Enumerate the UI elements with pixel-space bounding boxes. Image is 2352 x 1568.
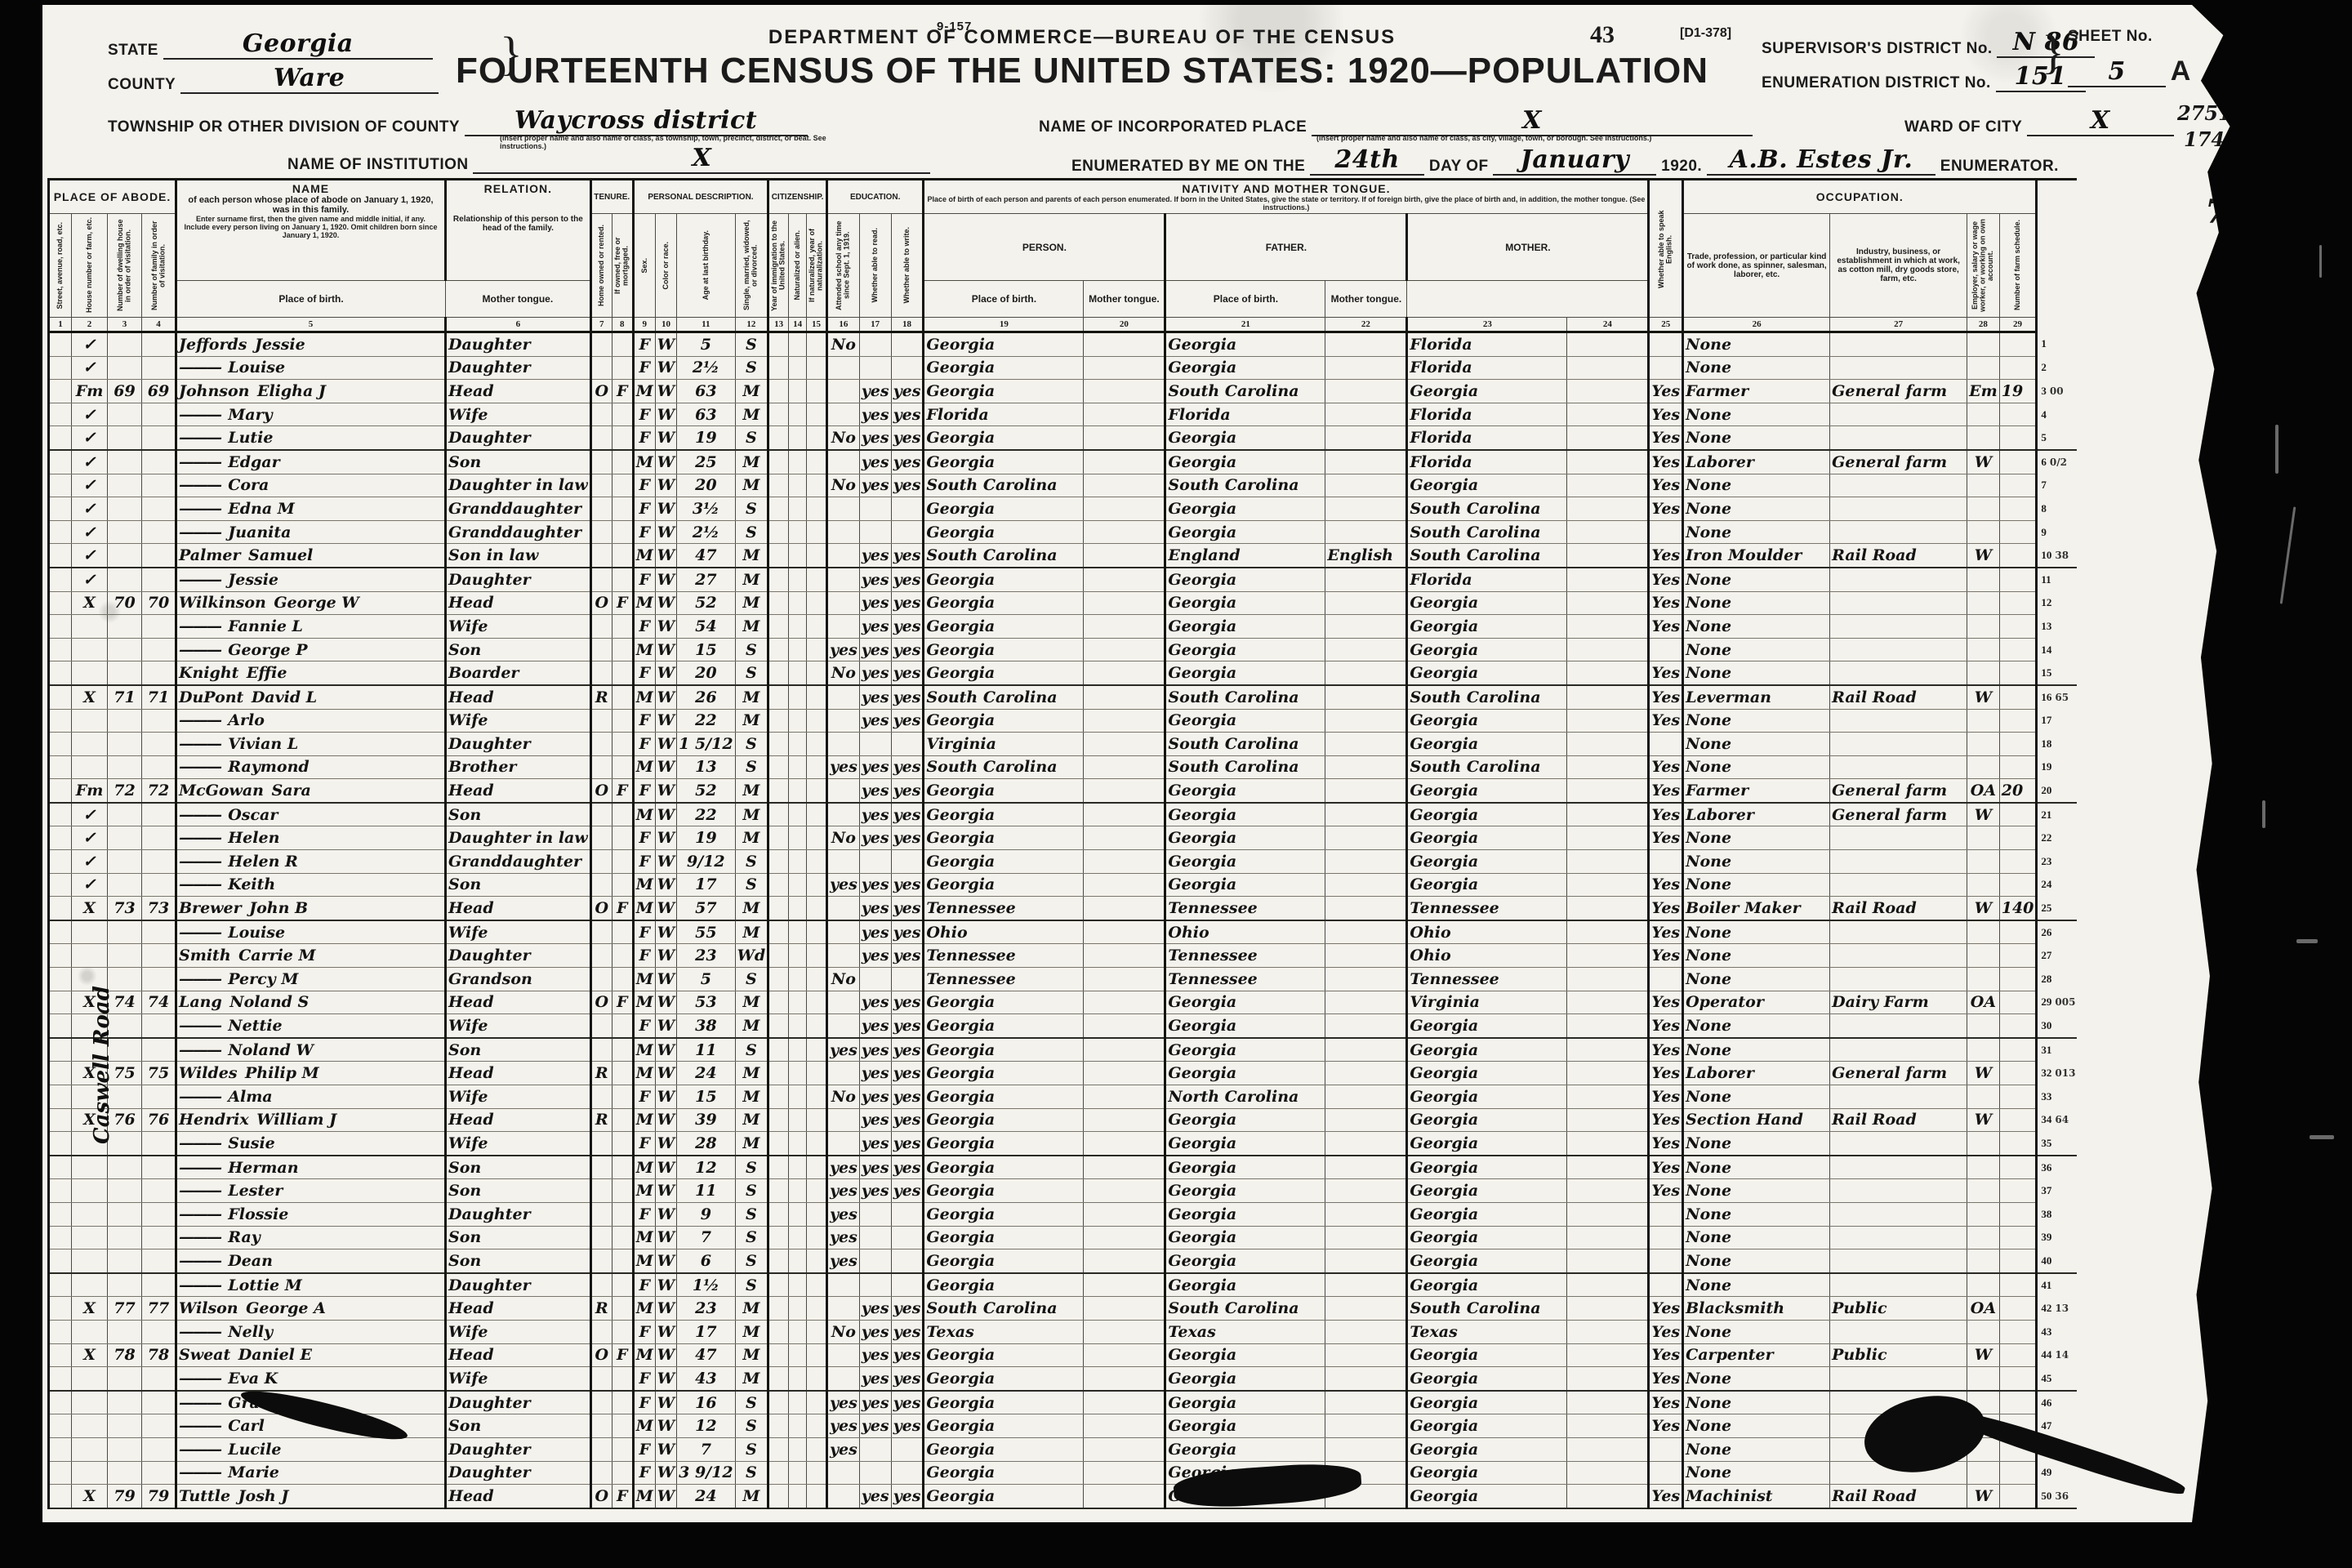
cell-family: 75	[142, 1062, 176, 1085]
cell-cit1	[768, 568, 789, 591]
cell-own: O	[590, 779, 612, 803]
cell-birth_father: Georgia	[1165, 497, 1325, 521]
cell-english: Yes	[1649, 1179, 1683, 1203]
cell-write: yes	[891, 1132, 924, 1156]
cell-farm	[1999, 1391, 2037, 1414]
cell-street	[49, 1461, 72, 1485]
cell-write: yes	[891, 591, 924, 615]
cell-mort: F	[612, 897, 633, 920]
cell-mark	[72, 615, 108, 639]
cell-industry	[1830, 474, 1967, 497]
cell-mort	[612, 1179, 633, 1203]
cell-mort	[612, 450, 633, 474]
cell-farm	[1999, 661, 2037, 685]
cell-birth_self: Georgia	[924, 1202, 1084, 1226]
cell-sex: M	[633, 1226, 655, 1249]
cell-farm	[1999, 1273, 2037, 1297]
cell-mort	[612, 1226, 633, 1249]
cell-cit1	[768, 661, 789, 685]
cell-cit1	[768, 1273, 789, 1297]
cell-english: Yes	[1649, 661, 1683, 685]
cell-name: ——— Keith	[176, 873, 446, 897]
cell-mark	[72, 1179, 108, 1203]
col-cit1: Year of immigration to the United States…	[768, 214, 789, 318]
cell-street	[49, 1085, 72, 1109]
cell-mort	[612, 544, 633, 568]
cell-industry	[1830, 826, 1967, 850]
cell-sex: F	[633, 520, 655, 544]
cell-cit2	[789, 1414, 807, 1438]
cell-emp	[1967, 826, 2000, 850]
cell-industry: General farm	[1830, 450, 1967, 474]
cell-english: Yes	[1649, 991, 1683, 1014]
line-number: 60/2	[2037, 450, 2078, 474]
cell-birth_father: Georgia	[1165, 709, 1325, 733]
cell-emp	[1967, 1461, 2000, 1485]
cell-mort	[612, 1414, 633, 1438]
cell-age: 2½	[677, 356, 735, 380]
cell-birth_self: Georgia	[924, 1485, 1084, 1508]
cell-marital: M	[735, 1014, 768, 1038]
cell-emp	[1967, 591, 2000, 615]
table-row: ——— MarieDaughterFW3 9/12SGeorgiaGeorgia…	[49, 1461, 2078, 1485]
cell-mort	[612, 1202, 633, 1226]
cell-occupation: None	[1683, 332, 1830, 357]
cell-tongue_self	[1084, 779, 1165, 803]
cell-color: W	[655, 1437, 676, 1461]
cell-tongue_mother	[1567, 544, 1649, 568]
cell-school: yes	[826, 1038, 859, 1062]
cell-own: O	[590, 991, 612, 1014]
cell-tongue_mother	[1567, 1179, 1649, 1203]
cell-name: ——— Juanita	[176, 520, 446, 544]
cell-occupation: None	[1683, 615, 1830, 639]
cell-occupation: None	[1683, 1367, 1830, 1391]
enumerated-day: 24th	[1334, 145, 1399, 174]
cell-write: yes	[891, 1062, 924, 1085]
cell-cit1	[768, 615, 789, 639]
cell-emp	[1967, 1273, 2000, 1297]
institution-field: NAME OF INSTITUTION X	[287, 144, 930, 174]
cell-english: Yes	[1649, 568, 1683, 591]
cell-age: 20	[677, 474, 735, 497]
cell-occupation: None	[1683, 1249, 1830, 1273]
cell-english: Yes	[1649, 779, 1683, 803]
cell-english: Yes	[1649, 1367, 1683, 1391]
cell-occupation: None	[1683, 1391, 1830, 1414]
cell-industry	[1830, 920, 1967, 944]
cell-read	[859, 520, 891, 544]
cell-tongue_mother	[1567, 1437, 1649, 1461]
cell-tongue_self	[1084, 1156, 1165, 1179]
cell-street	[49, 897, 72, 920]
cell-english	[1649, 332, 1683, 357]
cell-cit1	[768, 1179, 789, 1203]
cell-own	[590, 850, 612, 874]
cell-mark	[72, 1461, 108, 1485]
cell-mort	[612, 520, 633, 544]
cell-color: W	[655, 1132, 676, 1156]
cell-marital: M	[735, 474, 768, 497]
cell-cit1	[768, 873, 789, 897]
cell-street	[49, 873, 72, 897]
cell-dwelling	[108, 709, 142, 733]
cell-read: yes	[859, 709, 891, 733]
cell-street	[49, 615, 72, 639]
cell-cit2	[789, 1249, 807, 1273]
cell-cit3	[807, 1485, 827, 1508]
cell-street	[49, 709, 72, 733]
cell-tongue_father	[1325, 826, 1407, 850]
cell-name: ——— Herman	[176, 1156, 446, 1179]
cell-relation: Head	[446, 1343, 591, 1367]
group-person: PERSON.	[924, 214, 1165, 281]
cell-cit3	[807, 1108, 827, 1132]
cell-tongue_mother	[1567, 638, 1649, 661]
col-industry: Industry, business, or establishment in …	[1830, 214, 1967, 318]
cell-tongue_father	[1325, 638, 1407, 661]
cell-family	[142, 615, 176, 639]
cell-cit1	[768, 1108, 789, 1132]
cell-street	[49, 991, 72, 1014]
cell-write	[891, 497, 924, 521]
cell-tongue_self	[1084, 755, 1165, 779]
cell-tongue_mother	[1567, 1132, 1649, 1156]
cell-mark: ✓	[72, 873, 108, 897]
cell-name: ——— Lutie	[176, 426, 446, 450]
cell-industry: Rail Road	[1830, 685, 1967, 709]
cell-occupation: Section Hand	[1683, 1108, 1830, 1132]
cell-school	[826, 1132, 859, 1156]
cell-street	[49, 968, 72, 991]
cell-school	[826, 356, 859, 380]
cell-cit2	[789, 685, 807, 709]
header: 9-157 DEPARTMENT OF COMMERCE—BUREAU OF T…	[42, 5, 2277, 178]
col-farm: Number of farm schedule.	[1999, 214, 2037, 318]
cell-cit2	[789, 1391, 807, 1414]
cell-own	[590, 709, 612, 733]
cell-cit2	[789, 1320, 807, 1343]
cell-cit1	[768, 450, 789, 474]
cell-cit3	[807, 1343, 827, 1367]
cell-mark	[72, 1414, 108, 1438]
line-number: 46	[2037, 1391, 2078, 1414]
cell-age: 22	[677, 803, 735, 826]
cell-dwelling	[108, 944, 142, 968]
cell-cit3	[807, 803, 827, 826]
incorporated-value: X	[1522, 106, 1542, 135]
cell-occupation: Carpenter	[1683, 1343, 1830, 1367]
cell-tongue_father	[1325, 450, 1407, 474]
cell-farm	[1999, 755, 2037, 779]
col-age: Age at last birthday.	[677, 214, 735, 318]
cell-age: 16	[677, 1391, 735, 1414]
cell-tongue_father	[1325, 1414, 1407, 1438]
cell-write: yes	[891, 474, 924, 497]
cell-industry	[1830, 1226, 1967, 1249]
cell-name: Lang Noland S	[176, 991, 446, 1014]
cell-cit3	[807, 733, 827, 756]
cell-mark: ✓	[72, 520, 108, 544]
cell-birth_self: Georgia	[924, 1343, 1084, 1367]
cell-tongue_self	[1084, 332, 1165, 357]
cell-tongue_mother	[1567, 661, 1649, 685]
cell-sex: F	[633, 779, 655, 803]
table-row: X7373Brewer John BHeadOFMW57MyesyesTenne…	[49, 897, 2078, 920]
cell-sex: M	[633, 1062, 655, 1085]
cell-mort	[612, 356, 633, 380]
cell-occupation: None	[1683, 826, 1830, 850]
cell-age: 11	[677, 1179, 735, 1203]
cell-mort: F	[612, 380, 633, 403]
cell-tongue_self	[1084, 520, 1165, 544]
cell-cit1	[768, 1414, 789, 1438]
cell-cit2	[789, 1297, 807, 1321]
cell-cit1	[768, 1297, 789, 1321]
cell-sex: F	[633, 709, 655, 733]
cell-name: Tuttle Josh J	[176, 1485, 446, 1508]
cell-dwelling	[108, 850, 142, 874]
cell-marital: S	[735, 1038, 768, 1062]
cell-marital: S	[735, 1437, 768, 1461]
cell-tongue_mother	[1567, 568, 1649, 591]
census-table: PLACE OF ABODE. NAME of each person whos…	[47, 178, 2077, 1509]
cell-dwelling	[108, 356, 142, 380]
cell-school: yes	[826, 1156, 859, 1179]
cell-mark: ✓	[72, 568, 108, 591]
col-street: Street, avenue, road, etc.	[49, 214, 72, 318]
cell-tongue_father	[1325, 1367, 1407, 1391]
cell-age: 28	[677, 1132, 735, 1156]
cell-relation: Wife	[446, 1085, 591, 1109]
cell-birth_father: Georgia	[1165, 779, 1325, 803]
cell-relation: Son	[446, 1156, 591, 1179]
cell-tongue_father	[1325, 1226, 1407, 1249]
cell-industry	[1830, 1320, 1967, 1343]
cell-tongue_self	[1084, 733, 1165, 756]
cell-tongue_mother	[1567, 850, 1649, 874]
cell-marital: M	[735, 403, 768, 426]
cell-tongue_mother	[1567, 1085, 1649, 1109]
line-number: 33	[2037, 1085, 2078, 1109]
table-row: Fm6969Johnson Eligha JHeadOFMW63MyesyesG…	[49, 380, 2078, 403]
table-row: ——— NellyWifeFW17MNoyesyesTexasTexasTexa…	[49, 1320, 2078, 1343]
cell-cit3	[807, 661, 827, 685]
cell-english: Yes	[1649, 450, 1683, 474]
cell-age: 5	[677, 968, 735, 991]
cell-emp	[1967, 1038, 2000, 1062]
cell-farm	[1999, 356, 2037, 380]
cell-school	[826, 591, 859, 615]
cell-read: yes	[859, 426, 891, 450]
cell-cit2	[789, 968, 807, 991]
cell-birth_mother: Georgia	[1407, 1273, 1567, 1297]
cell-industry: General farm	[1830, 779, 1967, 803]
cell-marital: S	[735, 426, 768, 450]
cell-street	[49, 380, 72, 403]
cell-birth_self: Georgia	[924, 356, 1084, 380]
cell-tongue_self	[1084, 873, 1165, 897]
cell-industry	[1830, 1179, 1967, 1203]
cell-tongue_self	[1084, 380, 1165, 403]
col-number: 20	[1084, 318, 1165, 332]
cell-dwelling	[108, 733, 142, 756]
cell-tongue_mother	[1567, 1226, 1649, 1249]
cell-birth_father: South Carolina	[1165, 755, 1325, 779]
col-number: 26	[1683, 318, 1830, 332]
cell-family	[142, 1014, 176, 1038]
cell-sex: M	[633, 685, 655, 709]
cell-tongue_mother	[1567, 920, 1649, 944]
cell-english: Yes	[1649, 826, 1683, 850]
cell-color: W	[655, 497, 676, 521]
cell-street	[49, 1391, 72, 1414]
cell-school	[826, 1273, 859, 1297]
cell-write: yes	[891, 426, 924, 450]
cell-school	[826, 920, 859, 944]
cell-sex: M	[633, 991, 655, 1014]
line-number: 26	[2037, 920, 2078, 944]
cell-own	[590, 497, 612, 521]
cell-school	[826, 497, 859, 521]
county-value: Ware	[274, 64, 345, 92]
cell-dwelling	[108, 1391, 142, 1414]
cell-write	[891, 332, 924, 357]
cell-farm	[1999, 403, 2037, 426]
line-number: 300	[2037, 380, 2078, 403]
cell-age: 43	[677, 1367, 735, 1391]
cell-tongue_self	[1084, 897, 1165, 920]
cell-mort: F	[612, 591, 633, 615]
cell-school	[826, 991, 859, 1014]
cell-color: W	[655, 920, 676, 944]
cell-tongue_self	[1084, 450, 1165, 474]
cell-tongue_father	[1325, 568, 1407, 591]
line-number: 1665	[2037, 685, 2078, 709]
cell-cit3	[807, 850, 827, 874]
table-row: ✓——— LutieDaughterFW19SNoyesyesGeorgiaGe…	[49, 426, 2078, 450]
cell-mark: X	[72, 591, 108, 615]
line-number: 28	[2037, 968, 2078, 991]
cell-mort	[612, 1320, 633, 1343]
cell-tongue_self	[1084, 497, 1165, 521]
cell-age: 12	[677, 1156, 735, 1179]
line-number: 19	[2037, 755, 2078, 779]
cell-birth_father: Georgia	[1165, 1062, 1325, 1085]
cell-relation: Daughter	[446, 568, 591, 591]
cell-marital: M	[735, 1108, 768, 1132]
cell-color: W	[655, 873, 676, 897]
cell-street	[49, 1273, 72, 1297]
cell-dwelling	[108, 1273, 142, 1297]
cell-tongue_father	[1325, 1108, 1407, 1132]
cell-school: No	[826, 474, 859, 497]
cell-emp	[1967, 755, 2000, 779]
cell-mort	[612, 497, 633, 521]
cell-tongue_mother	[1567, 1391, 1649, 1414]
cell-cit1	[768, 897, 789, 920]
cell-color: W	[655, 1226, 676, 1249]
table-row: ——— LucileDaughterFW7SyesGeorgiaGeorgiaG…	[49, 1437, 2078, 1461]
cell-birth_mother: Florida	[1407, 568, 1567, 591]
cell-marital: S	[735, 850, 768, 874]
cell-occupation: None	[1683, 1437, 1830, 1461]
cell-birth_father: Georgia	[1165, 450, 1325, 474]
cell-street	[49, 1108, 72, 1132]
cell-cit1	[768, 685, 789, 709]
cell-color: W	[655, 897, 676, 920]
cell-own	[590, 873, 612, 897]
cell-own	[590, 1391, 612, 1414]
cell-sex: M	[633, 1038, 655, 1062]
cell-name: DuPont David L	[176, 685, 446, 709]
cell-own	[590, 450, 612, 474]
cell-english	[1649, 1273, 1683, 1297]
col-school: Attended school any time since Sept. 1, …	[826, 214, 859, 318]
cell-birth_father: Georgia	[1165, 803, 1325, 826]
cell-industry	[1830, 1085, 1967, 1109]
cell-dwelling: 69	[108, 380, 142, 403]
cell-tongue_father	[1325, 403, 1407, 426]
table-row: ✓——— Helen RGranddaughterFW9/12SGeorgiaG…	[49, 850, 2078, 874]
cell-marital: M	[735, 897, 768, 920]
cell-write: yes	[891, 1367, 924, 1391]
cell-occupation: None	[1683, 1179, 1830, 1203]
cell-cit3	[807, 520, 827, 544]
cell-tongue_mother	[1567, 1367, 1649, 1391]
cell-age: 7	[677, 1226, 735, 1249]
cell-street	[49, 403, 72, 426]
cell-color: W	[655, 826, 676, 850]
cell-emp: W	[1967, 1108, 2000, 1132]
cell-english: Yes	[1649, 544, 1683, 568]
cell-english: Yes	[1649, 1414, 1683, 1438]
cell-color: W	[655, 638, 676, 661]
cell-farm	[1999, 1367, 2037, 1391]
cell-age: 15	[677, 638, 735, 661]
cell-marital: S	[735, 755, 768, 779]
table-row: ✓——— JessieDaughterFW27MyesyesGeorgiaGeo…	[49, 568, 2078, 591]
cell-tongue_self	[1084, 1437, 1165, 1461]
cell-write: yes	[891, 709, 924, 733]
cell-english: Yes	[1649, 1085, 1683, 1109]
cell-name: Hendrix William J	[176, 1108, 446, 1132]
cell-age: 5	[677, 332, 735, 357]
cell-own	[590, 1179, 612, 1203]
cell-marital: M	[735, 709, 768, 733]
cell-birth_mother: Georgia	[1407, 709, 1567, 733]
cell-age: 22	[677, 709, 735, 733]
cell-birth_self: South Carolina	[924, 755, 1084, 779]
cell-tongue_self	[1084, 1085, 1165, 1109]
cell-write	[891, 968, 924, 991]
cell-sex: F	[633, 497, 655, 521]
cell-birth_father: South Carolina	[1165, 380, 1325, 403]
cell-birth_mother: Georgia	[1407, 1108, 1567, 1132]
cell-sex: M	[633, 755, 655, 779]
cell-english	[1649, 1437, 1683, 1461]
cell-tongue_mother	[1567, 474, 1649, 497]
cell-birth_mother: Georgia	[1407, 474, 1567, 497]
cell-birth_father: Tennessee	[1165, 944, 1325, 968]
cell-tongue_mother	[1567, 803, 1649, 826]
cell-mort: F	[612, 1485, 633, 1508]
cell-name: ——— Mary	[176, 403, 446, 426]
cell-family: 79	[142, 1485, 176, 1508]
cell-street	[49, 661, 72, 685]
table-row: ——— Eva KWifeFW43MyesyesGeorgiaGeorgiaGe…	[49, 1367, 2078, 1391]
cell-birth_self: Georgia	[924, 991, 1084, 1014]
